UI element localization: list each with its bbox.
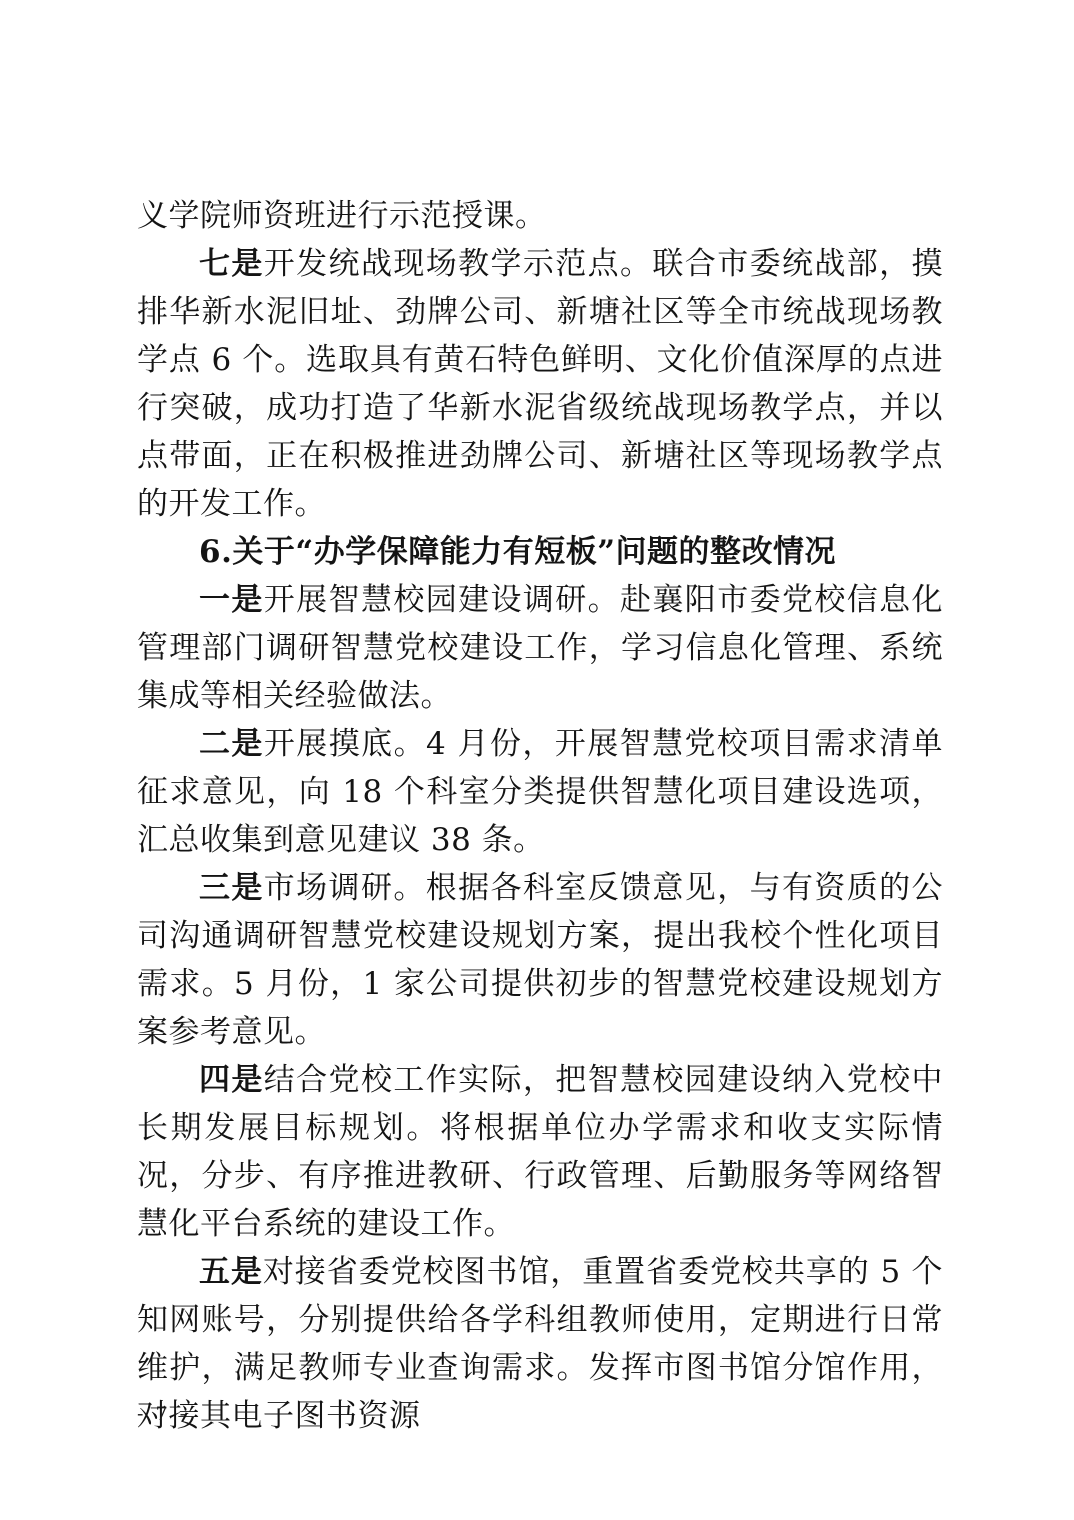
paragraph: 二是开展摸底。4 月份，开展智慧党校项目需求清单征求意见，向 18 个科室分类提… (137, 720, 943, 864)
paragraph-lead: 四是 (199, 1062, 264, 1098)
paragraph-lead: 三是 (199, 870, 264, 906)
document-body: 义学院师资班进行示范授课。 七是开发统战现场教学示范点。联合市委统战部，摸排华新… (137, 192, 943, 1440)
paragraph: 四是结合党校工作实际，把智慧校园建设纳入党校中长期发展目标规划。将根据单位办学需… (137, 1056, 943, 1248)
paragraph-text: 开发统战现场教学示范点。联合市委统战部，摸排华新水泥旧址、劲牌公司、新塘社区等全… (137, 246, 943, 522)
paragraph-continuation: 义学院师资班进行示范授课。 (137, 192, 943, 240)
paragraph-lead: 一是 (199, 582, 264, 618)
paragraph-text: 义学院师资班进行示范授课。 (137, 198, 547, 234)
paragraph: 三是市场调研。根据各科室反馈意见，与有资质的公司沟通调研智慧党校建设规划方案，提… (137, 864, 943, 1056)
paragraph-lead: 二是 (199, 726, 264, 762)
section-heading: 6.关于“办学保障能力有短板”问题的整改情况 (137, 528, 943, 576)
page-number: - 7 - (137, 1403, 189, 1425)
paragraph-lead: 五是 (199, 1254, 263, 1290)
paragraph: 一是开展智慧校园建设调研。赴襄阳市委党校信息化管理部门调研智慧党校建设工作，学习… (137, 576, 943, 720)
paragraph: 七是开发统战现场教学示范点。联合市委统战部，摸排华新水泥旧址、劲牌公司、新塘社区… (137, 240, 943, 528)
document-page: 义学院师资班进行示范授课。 七是开发统战现场教学示范点。联合市委统战部，摸排华新… (0, 0, 1074, 1520)
section-heading-text: 6.关于“办学保障能力有短板”问题的整改情况 (199, 534, 836, 570)
paragraph: 五是对接省委党校图书馆，重置省委党校共享的 5 个知网账号，分别提供给各学科组教… (137, 1248, 943, 1440)
paragraph-lead: 七是 (199, 246, 264, 282)
